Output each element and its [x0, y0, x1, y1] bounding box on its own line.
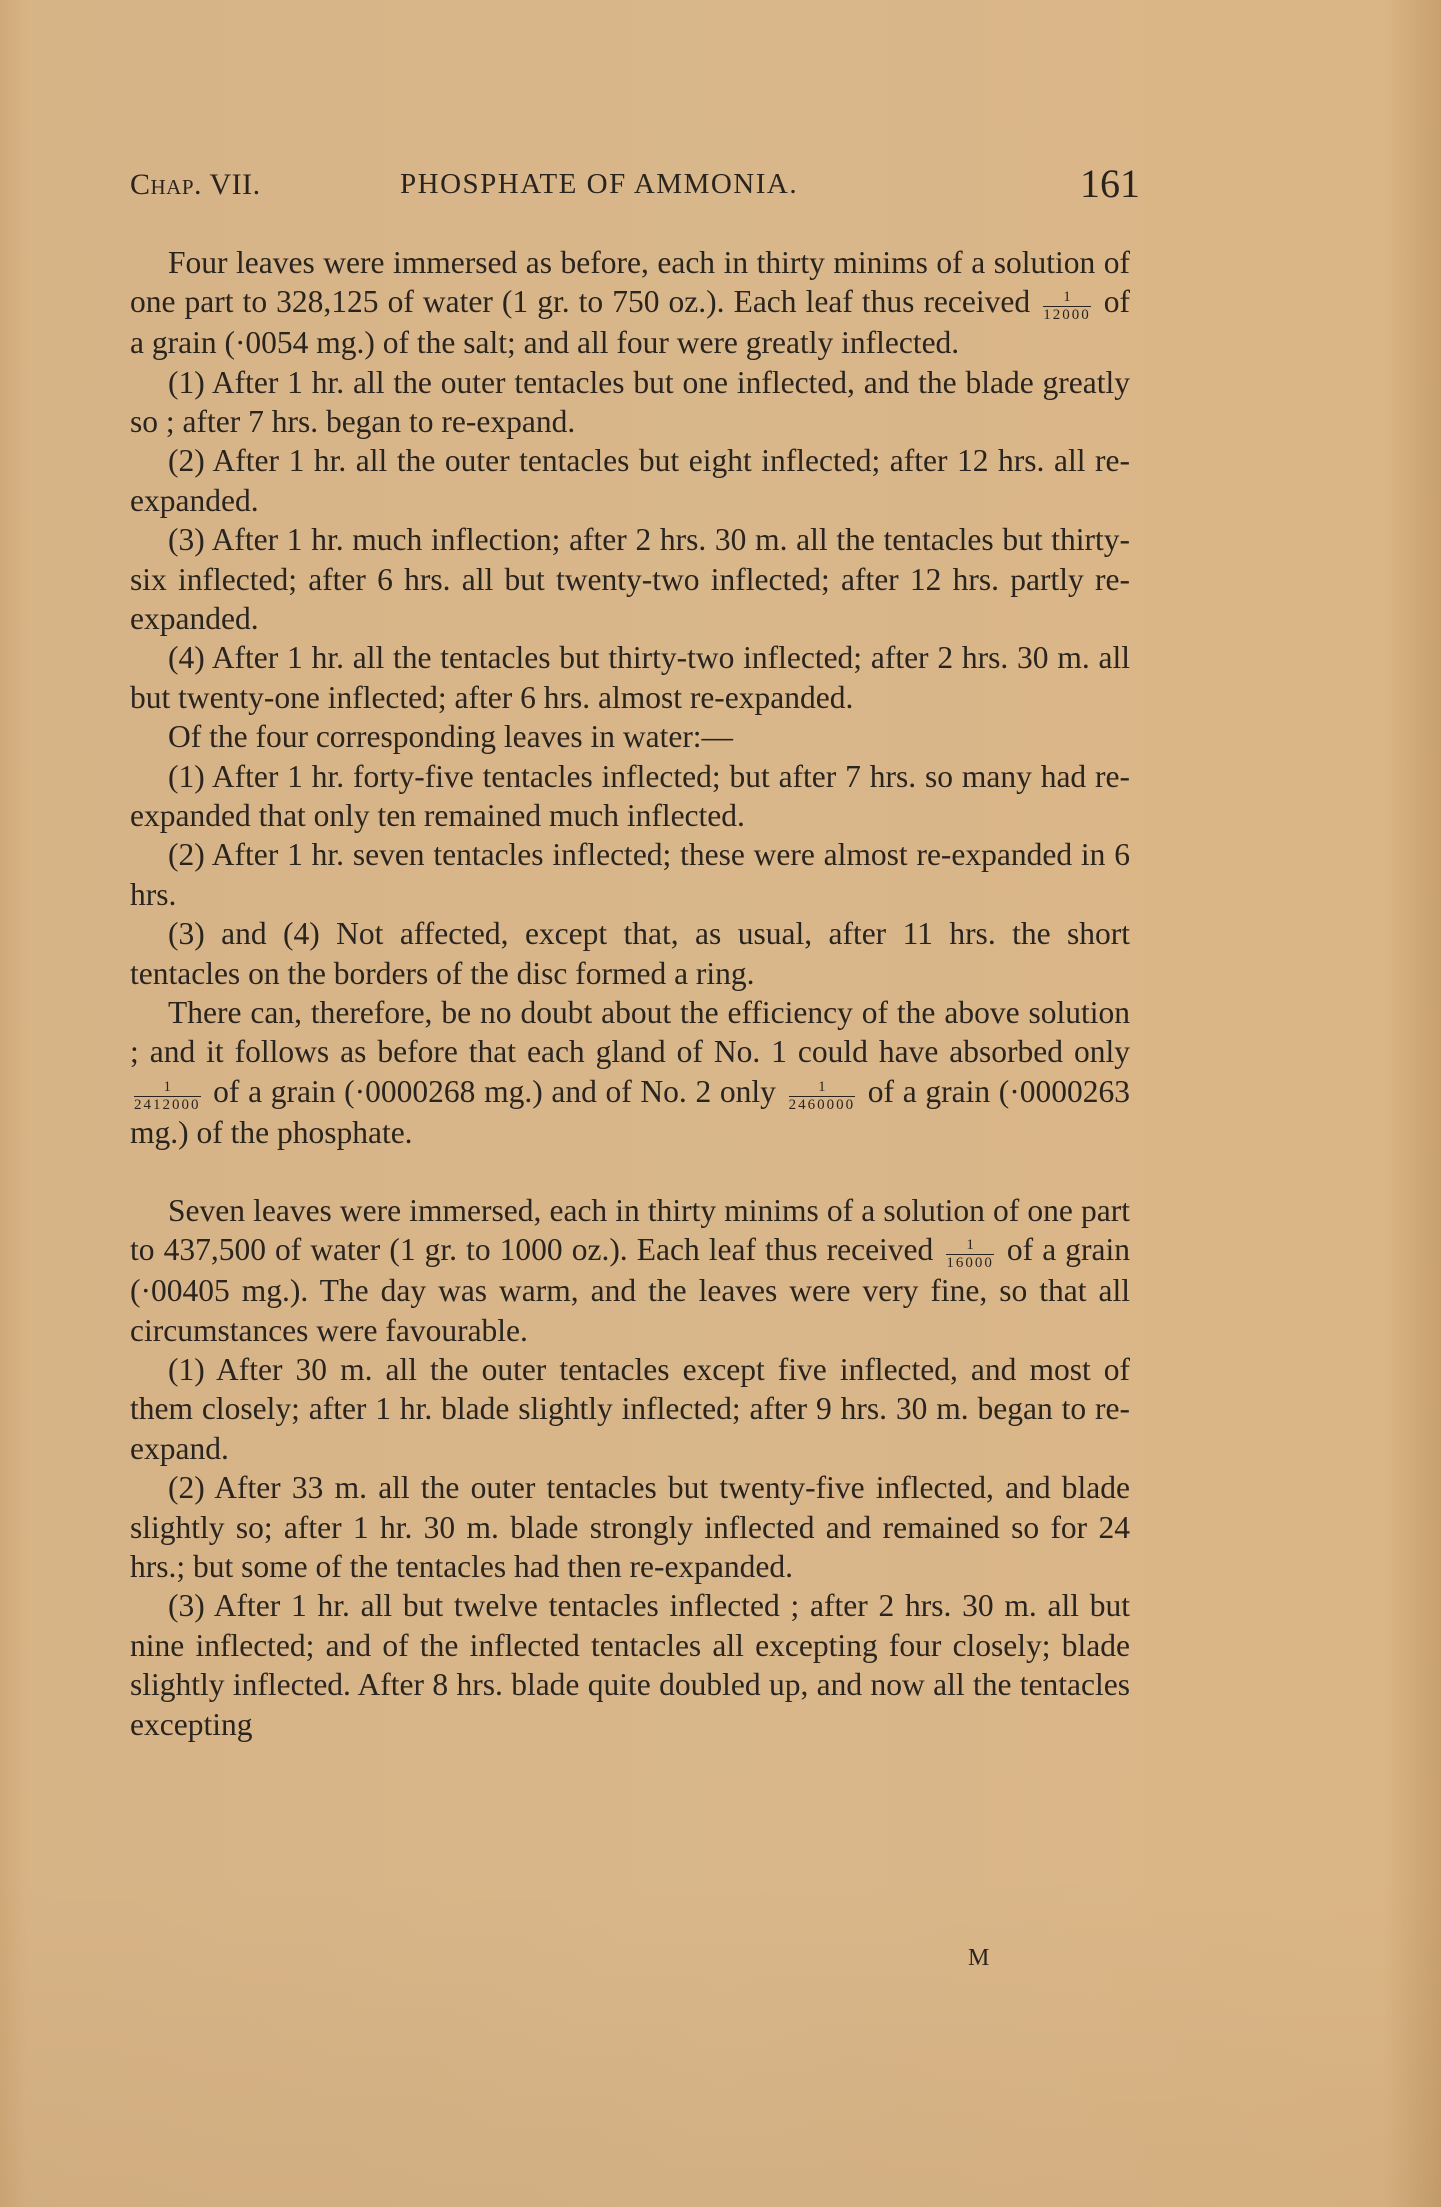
- paragraph: (2) After 33 m. all the outer tentacles …: [130, 1468, 1130, 1586]
- paragraph: (1) After 1 hr. all the outer tentacles …: [130, 363, 1130, 442]
- chapter-label: Chap. VII.: [130, 168, 261, 202]
- body-text: Four leaves were immersed as before, eac…: [130, 243, 1130, 1744]
- fraction: 12412000: [134, 1080, 201, 1113]
- paragraph: (3) and (4) Not affected, except that, a…: [130, 914, 1130, 993]
- fraction: 12460000: [789, 1080, 856, 1113]
- paragraph: (1) After 30 m. all the outer tentacles …: [130, 1350, 1130, 1468]
- running-title: PHOSPHATE OF AMMONIA.: [400, 168, 798, 201]
- section-gap: [130, 1152, 1130, 1191]
- paragraph: (1) After 1 hr. forty-five tentacles inf…: [130, 757, 1130, 836]
- paragraph: (4) After 1 hr. all the tentacles but th…: [130, 638, 1130, 717]
- paragraph: (2) After 1 hr. all the outer tentacles …: [130, 441, 1130, 520]
- fraction: 112000: [1043, 290, 1091, 323]
- running-head: Chap. VII. PHOSPHATE OF AMMONIA. 161: [130, 160, 1140, 210]
- paragraph: Seven leaves were immersed, each in thir…: [130, 1191, 1130, 1350]
- paragraph: Four leaves were immersed as before, eac…: [130, 243, 1130, 363]
- fraction: 116000: [946, 1238, 994, 1271]
- paragraph: There can, therefore, be no doubt about …: [130, 993, 1130, 1152]
- paragraph: (2) After 1 hr. seven tentacles inflecte…: [130, 835, 1130, 914]
- page-number: 161: [1080, 160, 1140, 207]
- signature-mark: M: [968, 1945, 990, 1972]
- paragraph: (3) After 1 hr. much inflection; after 2…: [130, 520, 1130, 638]
- paragraph: Of the four corresponding leaves in wate…: [130, 717, 1130, 756]
- paragraph: (3) After 1 hr. all but twelve tentacles…: [130, 1586, 1130, 1744]
